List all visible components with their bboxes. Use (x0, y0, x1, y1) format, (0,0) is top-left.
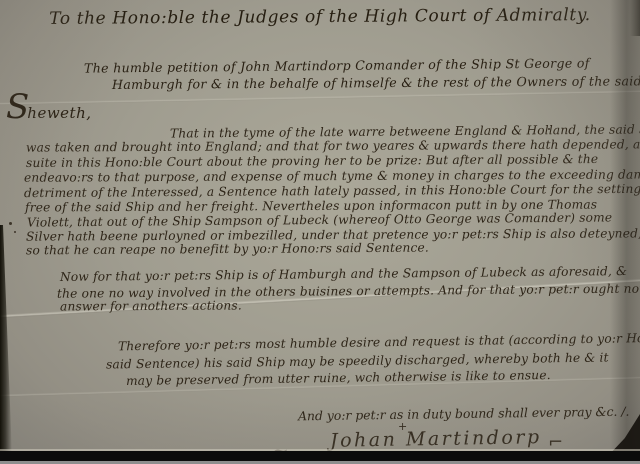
ink-speck (9, 222, 12, 225)
decorative-initial: S (6, 87, 27, 127)
manuscript-line: may be preserved from utter ruine, wch o… (126, 368, 551, 388)
signature: Johan Martindorp (330, 426, 542, 452)
petition-heading-line: The humble petition of John Martindorp C… (84, 55, 590, 75)
ink-speck (548, 128, 550, 130)
fold-crease (0, 89, 640, 105)
manuscript-line: Now for that yo:r pet:rs Ship is of Hamb… (60, 264, 627, 284)
manuscript-line: so that he can reape no benefitt by yo:r… (26, 241, 429, 258)
closing-prayer: And yo:r pet:r as in duty bound shall ev… (298, 404, 630, 424)
salutation-text: heweth, (27, 104, 91, 122)
manuscript-photo: To the Hono:ble the Judges of the High C… (0, 0, 640, 464)
paper-sheet: To the Hono:ble the Judges of the High C… (0, 0, 640, 464)
dark-backing-strip (0, 451, 640, 461)
document-title: To the Hono:ble the Judges of the High C… (0, 5, 640, 29)
manuscript-line: answer for anothers actions. (60, 299, 242, 314)
petition-heading-line: Hamburgh for & in the behalfe of himself… (112, 73, 640, 92)
manuscript-line: Therefore yo:r pet:rs most humble desire… (118, 331, 640, 354)
manuscript-line: the one no way involved in the others bu… (57, 281, 640, 300)
ink-speck (14, 231, 16, 233)
salutation: Sheweth, (6, 92, 92, 122)
